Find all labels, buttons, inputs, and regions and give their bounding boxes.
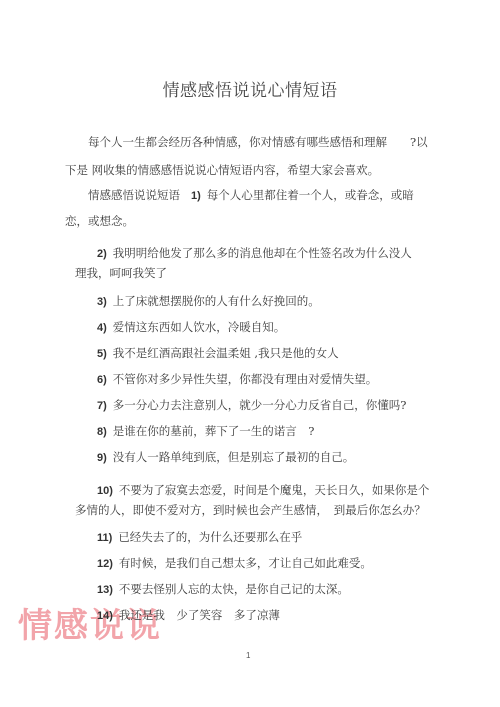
- item-text: 我还是我 少了笑容 多了凉薄: [119, 608, 280, 622]
- item-number: 6): [97, 374, 107, 386]
- item-5: 5)我不是红酒高跟社会温柔姐 ,我只是他的女人: [97, 345, 339, 361]
- item-1-cont: 恋，或想念。: [65, 213, 134, 229]
- page-number: 1: [246, 651, 250, 660]
- item-text: 没有人一路单纯到底，但是别忘了最初的自己。: [113, 450, 355, 464]
- item-number: 12): [97, 558, 113, 570]
- item-number: 4): [97, 322, 107, 334]
- item-number: 10): [97, 485, 113, 497]
- document-page: 情感感悟说说心情短语 每个人一生都会经历各种情感，你对情感有哪些感悟和理解 ?以…: [0, 0, 500, 707]
- item-3: 3)上了床就想摆脱你的人有什么好挽回的。: [97, 293, 320, 309]
- item-text: 已经失去了的，为什么还要那么在乎: [118, 530, 302, 544]
- section-label: 情感感悟说说短语: [88, 188, 180, 202]
- item-13: 13)不要去怪别人忘的太快，是你自己记的太深。: [97, 581, 349, 597]
- item-number: 2): [97, 248, 107, 260]
- item-8: 8)是谁在你的墓前，葬下了一生的诺言 ?: [97, 423, 314, 439]
- item-number: 8): [97, 426, 107, 438]
- item-text: 我明明给他发了那么多的消息他却在个性签名改为什么没人: [113, 246, 412, 260]
- item-text: 不要为了寂寞去恋爱，时间是个魔鬼，天长日久，如果你是个: [119, 483, 430, 497]
- item-11: 11)已经失去了的，为什么还要那么在乎: [97, 529, 302, 545]
- item-text: 是谁在你的墓前，葬下了一生的诺言 ?: [113, 424, 315, 438]
- item-6: 6)不管你对多少异性失望，你都没有理由对爱情失望。: [97, 371, 377, 387]
- intro-line-1: 每个人一生都会经历各种情感，你对情感有哪些感悟和理解 ?以: [88, 134, 428, 150]
- item-number: 1): [191, 190, 201, 202]
- item-text: 爱情这东西如人饮水，冷暖自知。: [113, 320, 286, 334]
- item-number: 11): [97, 532, 112, 544]
- document-title: 情感感悟说说心情短语: [0, 76, 500, 101]
- item-text: 不要去怪别人忘的太快，是你自己记的太深。: [119, 582, 349, 596]
- item-text: 有时候，是我们自己想太多，才让自己如此难受。: [119, 556, 372, 570]
- item-2-cont: 理我，呵呵我笑了: [75, 265, 167, 281]
- item-7: 7)多一分心力去注意别人，就少一分心力反省自己，你懂吗?: [97, 397, 406, 413]
- item-2: 2)我明明给他发了那么多的消息他却在个性签名改为什么没人: [97, 245, 412, 261]
- item-number: 3): [97, 296, 107, 308]
- item-number: 7): [97, 400, 107, 412]
- item-text: 我不是红酒高跟社会温柔姐 ,我只是他的女人: [113, 346, 339, 360]
- item-number: 9): [97, 452, 107, 464]
- item-10: 10)不要为了寂寞去恋爱，时间是个魔鬼，天长日久，如果你是个: [97, 482, 429, 498]
- item-text: 多一分心力去注意别人，就少一分心力反省自己，你懂吗?: [113, 398, 407, 412]
- item-1: 情感感悟说说短语 1)每个人心里都住着一个人，或眷念，或暗: [88, 187, 414, 203]
- item-10-cont: 多情的人，即使不爱对方，到时候也会产生感情， 到最后你怎幺办？: [75, 502, 426, 518]
- item-9: 9)没有人一路单纯到底，但是别忘了最初的自己。: [97, 449, 354, 465]
- item-text: 每个人心里都住着一个人，或眷念，或暗: [207, 188, 414, 202]
- item-14: 14)我还是我 少了笑容 多了凉薄: [97, 607, 280, 623]
- item-text: 不管你对多少异性失望，你都没有理由对爱情失望。: [113, 372, 378, 386]
- item-text: 上了床就想摆脱你的人有什么好挽回的。: [113, 294, 320, 308]
- item-4: 4)爱情这东西如人饮水，冷暖自知。: [97, 319, 285, 335]
- intro-line-2: 下是 网收集的情感感悟说说心情短语内容，希望大家会喜欢。: [65, 162, 379, 178]
- item-number: 14): [97, 610, 113, 622]
- item-number: 13): [97, 584, 113, 596]
- item-number: 5): [97, 348, 107, 360]
- item-12: 12)有时候，是我们自己想太多，才让自己如此难受。: [97, 555, 372, 571]
